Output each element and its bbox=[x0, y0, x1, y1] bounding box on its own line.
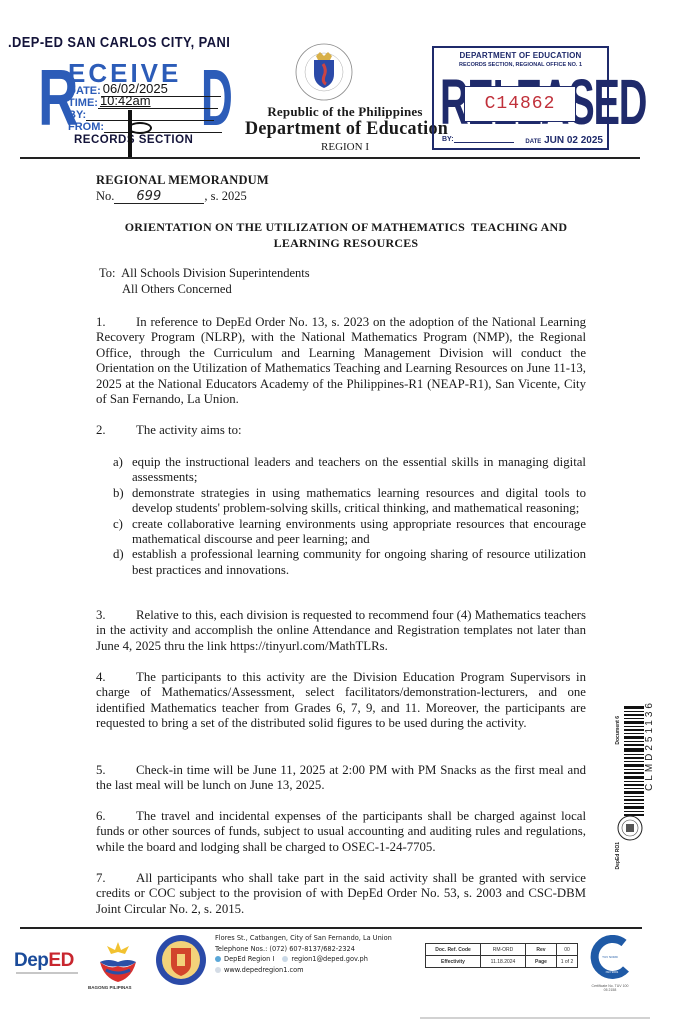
memo-number-handwritten: 699 bbox=[136, 189, 161, 204]
region-1-seal-icon bbox=[155, 934, 207, 986]
rev-label: Rev bbox=[526, 944, 557, 956]
memo-recipients: To: All Schools Division Superintendents… bbox=[99, 265, 310, 297]
page-label: Page bbox=[526, 956, 557, 968]
released-stamp-line1: DEPARTMENT OF EDUCATION bbox=[434, 51, 607, 60]
bagong-pilipinas-label: BAGONG PILIPINAS bbox=[88, 985, 132, 990]
footer-email[interactable]: region1@deped.gov.ph bbox=[291, 955, 367, 963]
deped-logo: DepED bbox=[14, 950, 74, 972]
released-date: DATE JUN 02 2025 bbox=[525, 135, 603, 146]
rev-value: 00 bbox=[557, 944, 578, 956]
aim-item: d)establish a professional learning comm… bbox=[113, 547, 586, 578]
footer-website[interactable]: www.depedregion1.com bbox=[224, 966, 304, 974]
received-stamp-office: .DEP-ED SAN CARLOS CITY, PANI bbox=[8, 34, 230, 51]
memo-type: REGIONAL MEMORANDUM bbox=[96, 173, 269, 188]
aims-list: a)equip the instructional leaders and te… bbox=[113, 455, 586, 578]
barcode-office: DepEd RO1 bbox=[615, 842, 621, 870]
effectivity-value: 11.18.2024 bbox=[481, 956, 526, 968]
footer-address: Flores St., Catbangen, City of San Ferna… bbox=[215, 933, 392, 944]
letterhead-region: REGION I bbox=[250, 141, 440, 153]
paragraph-2: 2.The activity aims to: bbox=[96, 423, 586, 438]
footer-telephone: Telephone Nos.: (072) 607-8137/682-2324 bbox=[215, 944, 392, 955]
paragraph-7: 7.All participants who shall take part i… bbox=[96, 871, 586, 917]
initial-signature-loop bbox=[128, 122, 152, 134]
deped-ro1-seal-icon bbox=[617, 815, 643, 841]
page-value: 1 of 2 bbox=[557, 956, 578, 968]
doc-ref-label: Doc. Ref. Code bbox=[426, 944, 481, 956]
aim-item: b)demonstrate strategies in using mathem… bbox=[113, 486, 586, 517]
initial-signature bbox=[128, 110, 132, 158]
doc-ref-value: RM-ORD bbox=[481, 944, 526, 956]
control-number-box: C14862 bbox=[464, 86, 576, 122]
footer-facebook[interactable]: DepEd Region I bbox=[224, 955, 274, 963]
memo-number: No.699, s. 2025 bbox=[96, 189, 247, 204]
received-stamp-section: RECORDS SECTION bbox=[74, 134, 193, 146]
svg-text:TUV NORD: TUV NORD bbox=[602, 955, 619, 959]
deped-seal-icon bbox=[294, 42, 354, 102]
barcode-icon bbox=[624, 706, 644, 816]
aim-item: c)create collaborative learning environm… bbox=[113, 517, 586, 548]
recipient: All Schools Division Superintendents bbox=[121, 266, 310, 280]
paragraph-6: 6.The travel and incidental expenses of … bbox=[96, 809, 586, 855]
control-number: C14862 bbox=[465, 94, 575, 114]
globe-icon bbox=[215, 967, 221, 973]
memo-title: ORIENTATION ON THE UTILIZATION OF MATHEM… bbox=[80, 219, 612, 251]
released-by-label: BY: bbox=[442, 136, 454, 143]
svg-text:ISO 9001: ISO 9001 bbox=[606, 970, 619, 974]
paragraph-5: 5.Check-in time will be June 11, 2025 at… bbox=[96, 763, 586, 794]
footer-contact: Flores St., Catbangen, City of San Ferna… bbox=[215, 933, 392, 975]
barcode-doc-label: Document 6 bbox=[615, 716, 621, 745]
iso-certificate-text: Certificate No. TUV 100 05 2158 bbox=[590, 984, 630, 992]
bagong-pilipinas-logo-icon bbox=[94, 940, 142, 984]
iso-certification-badge-icon: TUV NORD ISO 9001 bbox=[588, 935, 632, 979]
paragraph-4: 4.The participants to this activity are … bbox=[96, 670, 586, 732]
released-by-line bbox=[454, 142, 514, 143]
released-stamp: DEPARTMENT OF EDUCATION RECORDS SECTION,… bbox=[432, 46, 609, 150]
facebook-icon bbox=[215, 956, 221, 962]
effectivity-label: Effectivity bbox=[426, 956, 481, 968]
footer-divider bbox=[20, 927, 642, 929]
header-divider bbox=[20, 157, 640, 159]
paragraph-1: 1.In reference to DepEd Order No. 13, s.… bbox=[96, 315, 586, 407]
received-time-value: 10:42am bbox=[100, 93, 151, 108]
scan-artifact bbox=[420, 1017, 650, 1019]
letterhead-department: Department of Education bbox=[245, 118, 435, 140]
email-icon bbox=[282, 956, 288, 962]
aim-item: a)equip the instructional leaders and te… bbox=[113, 455, 586, 486]
document-control-table: Doc. Ref. Code RM-ORD Rev 00 Effectivity… bbox=[425, 943, 578, 968]
paragraph-3: 3.Relative to this, each division is req… bbox=[96, 608, 586, 654]
barcode-code: CLMD251136 bbox=[644, 700, 658, 820]
deped-logo-underline bbox=[16, 972, 78, 974]
recipient: All Others Concerned bbox=[99, 281, 310, 297]
